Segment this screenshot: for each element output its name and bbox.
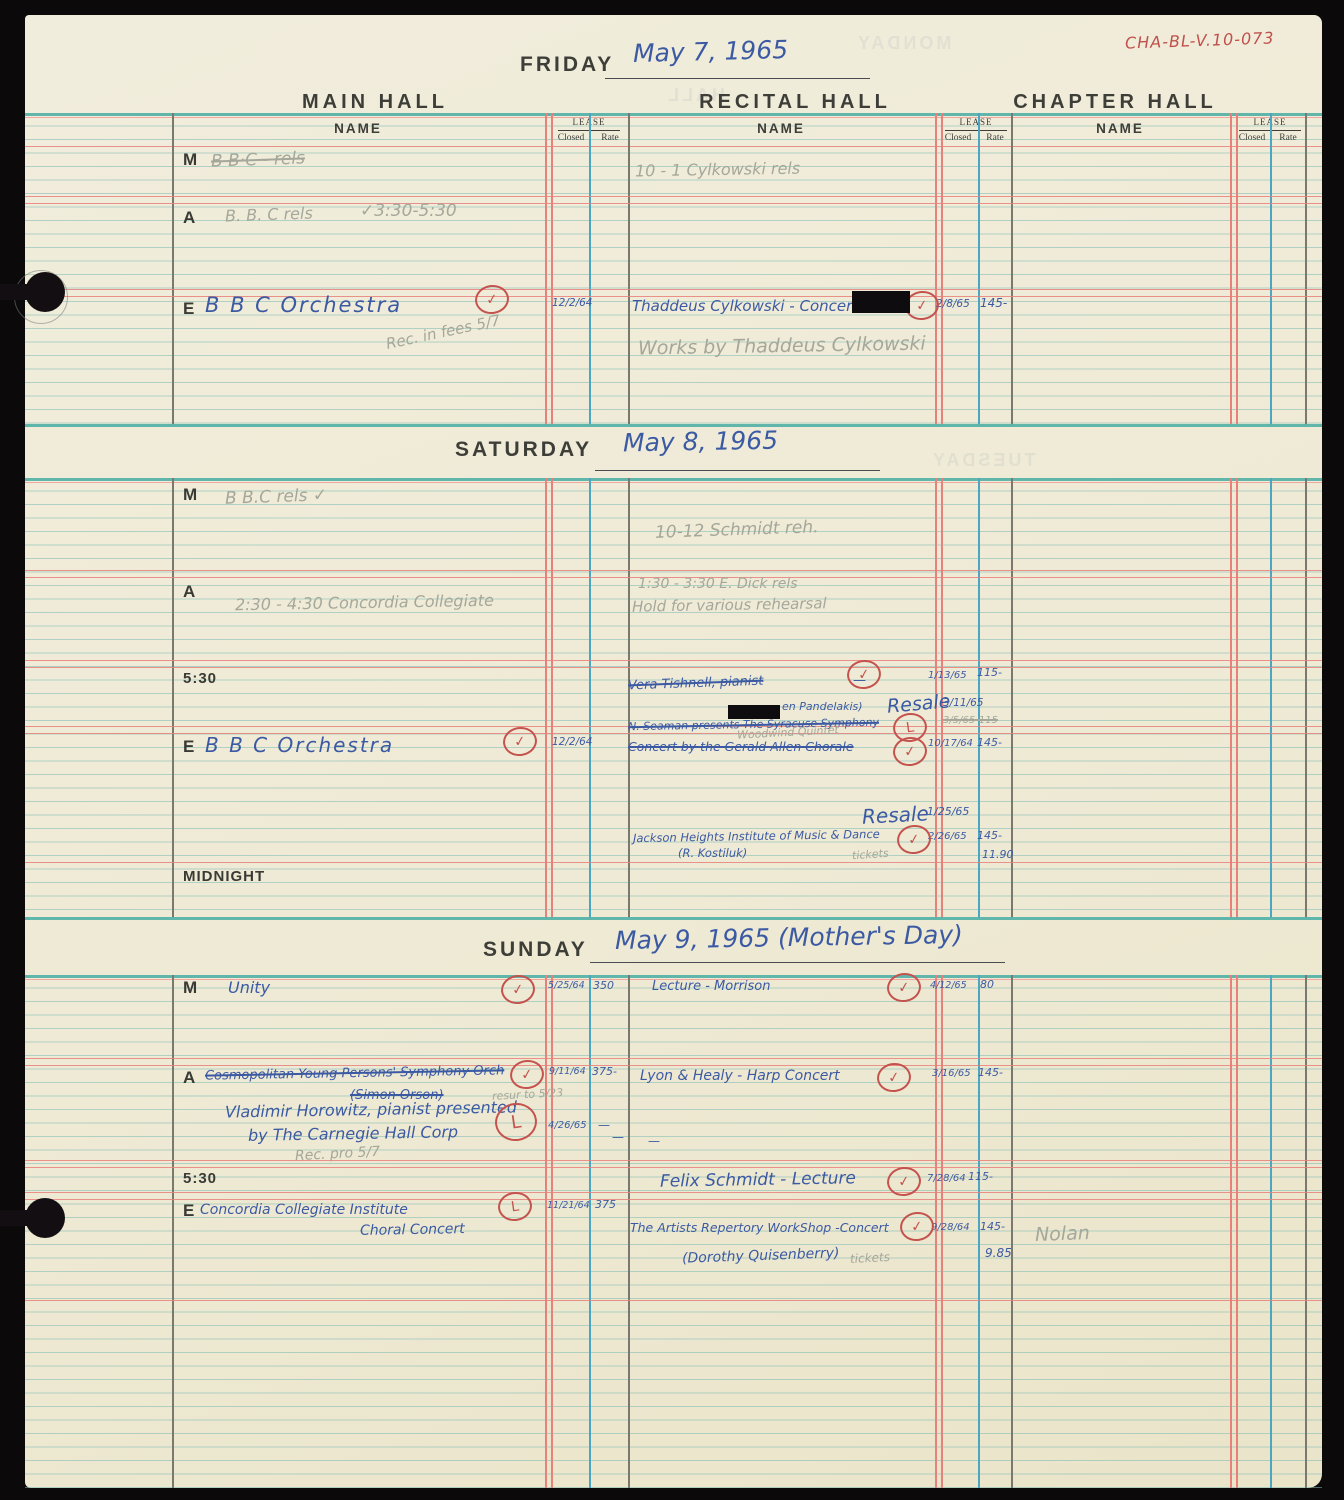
redaction-box <box>852 291 910 313</box>
sunday-main-afternoon-rate: 375- <box>592 1065 617 1078</box>
sunday-date-handwritten: May 9, 1965 (Mother's Day) <box>615 920 963 955</box>
saturday-recital-resale-2-date: 1/25/65 <box>927 805 969 818</box>
sunday-main-morning-rate: 350 <box>593 979 614 992</box>
sunday-recital-530-rate: 115- <box>968 1170 993 1183</box>
saturday-day-label: SATURDAY <box>455 438 592 462</box>
sunday-main-evening-rate: 375 <box>595 1198 616 1211</box>
recital-closed-header: Closed <box>945 133 971 143</box>
main-hall-title: MAIN HALL <box>302 91 448 114</box>
entry-friday-main-afternoon: B. B. C rels <box>225 203 313 225</box>
bleed-through-text: MONDAY <box>855 33 951 54</box>
sunday-recital-evening-rate: 145- <box>980 1220 1005 1233</box>
entry-sunday-main-horowitz-2: by The Carnegie Hall Corp <box>248 1122 458 1145</box>
sunday-recital-dash-2: — <box>648 1134 660 1148</box>
saturday-row-m: M <box>183 485 197 505</box>
saturday-recital-530-rate: 115- <box>977 666 1002 679</box>
entry-sunday-main-evening-1: Concordia Collegiate Institute <box>200 1202 408 1218</box>
sunday-recital-morning-closed-date: 4/12/65 <box>930 980 967 991</box>
saturday-recital-530-closed-date: 1/13/65 <box>928 670 967 681</box>
saturday-recital-syracuse-rate: 3/5/65-115 <box>943 715 998 726</box>
sunday-recital-evening-price: 9.85 <box>985 1246 1012 1260</box>
sunday-recital-evening-closed-date: 9/28/64 <box>931 1222 970 1233</box>
saturday-row-530: 5:30 <box>183 670 217 687</box>
recital-rate-header: Rate <box>986 133 1003 143</box>
saturday-recital-jackson-rate: 145- <box>977 829 1002 842</box>
entry-sunday-recital-morning: Lecture - Morrison <box>652 979 770 994</box>
saturday-row-e: E <box>183 737 194 757</box>
recital-lease-header: LEASE <box>960 117 993 127</box>
sunday-recital-530-closed-date: 7/28/64 <box>927 1173 966 1184</box>
saturday-recital-jackson-price: 11.90 <box>982 848 1014 861</box>
entry-friday-main-evening: B B C Orchestra <box>205 293 402 317</box>
sunday-recital-afternoon-closed-date: 3/16/65 <box>932 1068 971 1079</box>
entry-friday-main-morning: B B·C - rels <box>211 148 306 171</box>
friday-recital-rate: 145- <box>980 296 1007 310</box>
saturday-recital-evening-rate: 145- <box>977 736 1002 749</box>
saturday-row-midnight: MIDNIGHT <box>183 868 265 885</box>
saturday-row-a: A <box>183 582 195 602</box>
sunday-row-530: 5:30 <box>183 1170 217 1187</box>
scanned-ledger-page: CHA-BL-V.10-073 MONDAY HALL TUESDAY FRID… <box>0 0 1344 1500</box>
entry-saturday-recital-jackson-2: (R. Kostiluk) <box>678 846 747 860</box>
sunday-recital-dash-1: — <box>612 1130 624 1144</box>
chapter-hall-title: CHAPTER HALL <box>1013 91 1217 114</box>
entry-sunday-main-evening-2: Choral Concert <box>360 1221 465 1239</box>
recital-name-header: NAME <box>757 121 805 136</box>
entry-saturday-main-morning: B B.C rels ✓ <box>225 485 328 509</box>
entry-saturday-main-evening: B B C Orchestra <box>205 733 394 757</box>
saturday-date-underline <box>595 470 880 471</box>
saturday-date-handwritten: May 8, 1965 <box>623 426 779 458</box>
entry-sunday-chapter-evening: Nolan <box>1035 1222 1091 1246</box>
redaction-box <box>728 705 780 719</box>
saturday-recital-evening-closed-date: 10/17/64 <box>928 738 973 749</box>
catalog-number: CHA-BL-V.10-073 <box>1125 28 1275 52</box>
sunday-row-a: A <box>183 1068 195 1088</box>
sunday-row-e: E <box>183 1201 194 1221</box>
sunday-row-m: M <box>183 978 197 998</box>
saturday-recital-jackson-tickets: tickets <box>852 847 889 863</box>
entry-saturday-recital-evening: Concert by the Gerald Allen Chorale <box>628 739 854 754</box>
recital-hall-title: RECITAL HALL <box>699 91 891 114</box>
main-rate-header: Rate <box>601 133 618 143</box>
punch-hole-top-stem <box>0 284 32 300</box>
entry-friday-recital-morning: 10 - 1 Cylkowski rels <box>635 159 800 181</box>
saturday-table-ruling <box>25 478 1322 918</box>
friday-date-handwritten: May 7, 1965 <box>633 35 789 68</box>
sunday-main-horowitz-dash: — <box>598 1118 610 1132</box>
entry-sunday-recital-evening: The Artists Repertory WorkShop -Concert <box>630 1220 889 1235</box>
friday-date-underline <box>605 78 870 79</box>
sunday-main-afternoon-closed-date: 9/11/64 <box>549 1066 586 1077</box>
ledger-paper: CHA-BL-V.10-073 MONDAY HALL TUESDAY FRID… <box>25 15 1322 1488</box>
chapter-rate-header: Rate <box>1279 133 1296 143</box>
saturday-main-closed-date: 12/2/64 <box>552 736 592 748</box>
friday-day-label: FRIDAY <box>520 53 614 77</box>
saturday-recital-jackson-closed-date: 2/26/65 <box>928 831 967 842</box>
sunday-date-underline <box>590 962 1005 963</box>
sunday-main-horowitz-closed-date: 4/26/65 <box>548 1120 587 1131</box>
entry-sunday-recital-530: Felix Schmidt - Lecture <box>660 1168 856 1191</box>
saturday-recital-resale-1-date: 3/11/65 <box>943 697 983 709</box>
saturday-recital-pandelakis: en Pandelakis) <box>782 700 863 713</box>
sunday-recital-morning-rate: 80 <box>980 978 994 991</box>
entry-friday-recital-evening: Thaddeus Cylkowski - Concert <box>632 297 858 315</box>
entry-saturday-recital-afternoon-1: 1:30 - 3:30 E. Dick rels <box>638 576 798 592</box>
entry-saturday-recital-afternoon-2: Hold for various rehearsal <box>632 594 827 615</box>
friday-row-a: A <box>183 208 195 228</box>
friday-row-e: E <box>183 299 194 319</box>
bleed-through-text: TUESDAY <box>930 450 1035 471</box>
entry-sunday-main-morning: Unity <box>228 978 270 997</box>
friday-row-m: M <box>183 150 197 170</box>
sunday-main-morning-closed-date: 5/25/64 <box>548 980 585 991</box>
punch-hole-bottom-stem <box>0 1210 32 1226</box>
friday-main-closed-date: 12/2/64 <box>552 297 592 309</box>
sunday-day-label: SUNDAY <box>483 938 588 962</box>
sunday-recital-afternoon-rate: 145- <box>978 1066 1003 1079</box>
sunday-main-evening-closed-date: 11/21/64 <box>547 1200 590 1211</box>
friday-recital-closed-date: 2/8/65 <box>936 298 970 310</box>
sunday-recital-evening-tickets: tickets <box>850 1250 891 1266</box>
main-name-header: NAME <box>334 121 382 136</box>
chapter-closed-header: Closed <box>1239 133 1265 143</box>
chapter-name-header: NAME <box>1096 121 1144 136</box>
entry-sunday-recital-afternoon: Lyon & Healy - Harp Concert <box>640 1068 840 1084</box>
main-closed-header: Closed <box>558 133 584 143</box>
entry-friday-main-afternoon-time: ✓3:30-5:30 <box>360 201 457 221</box>
